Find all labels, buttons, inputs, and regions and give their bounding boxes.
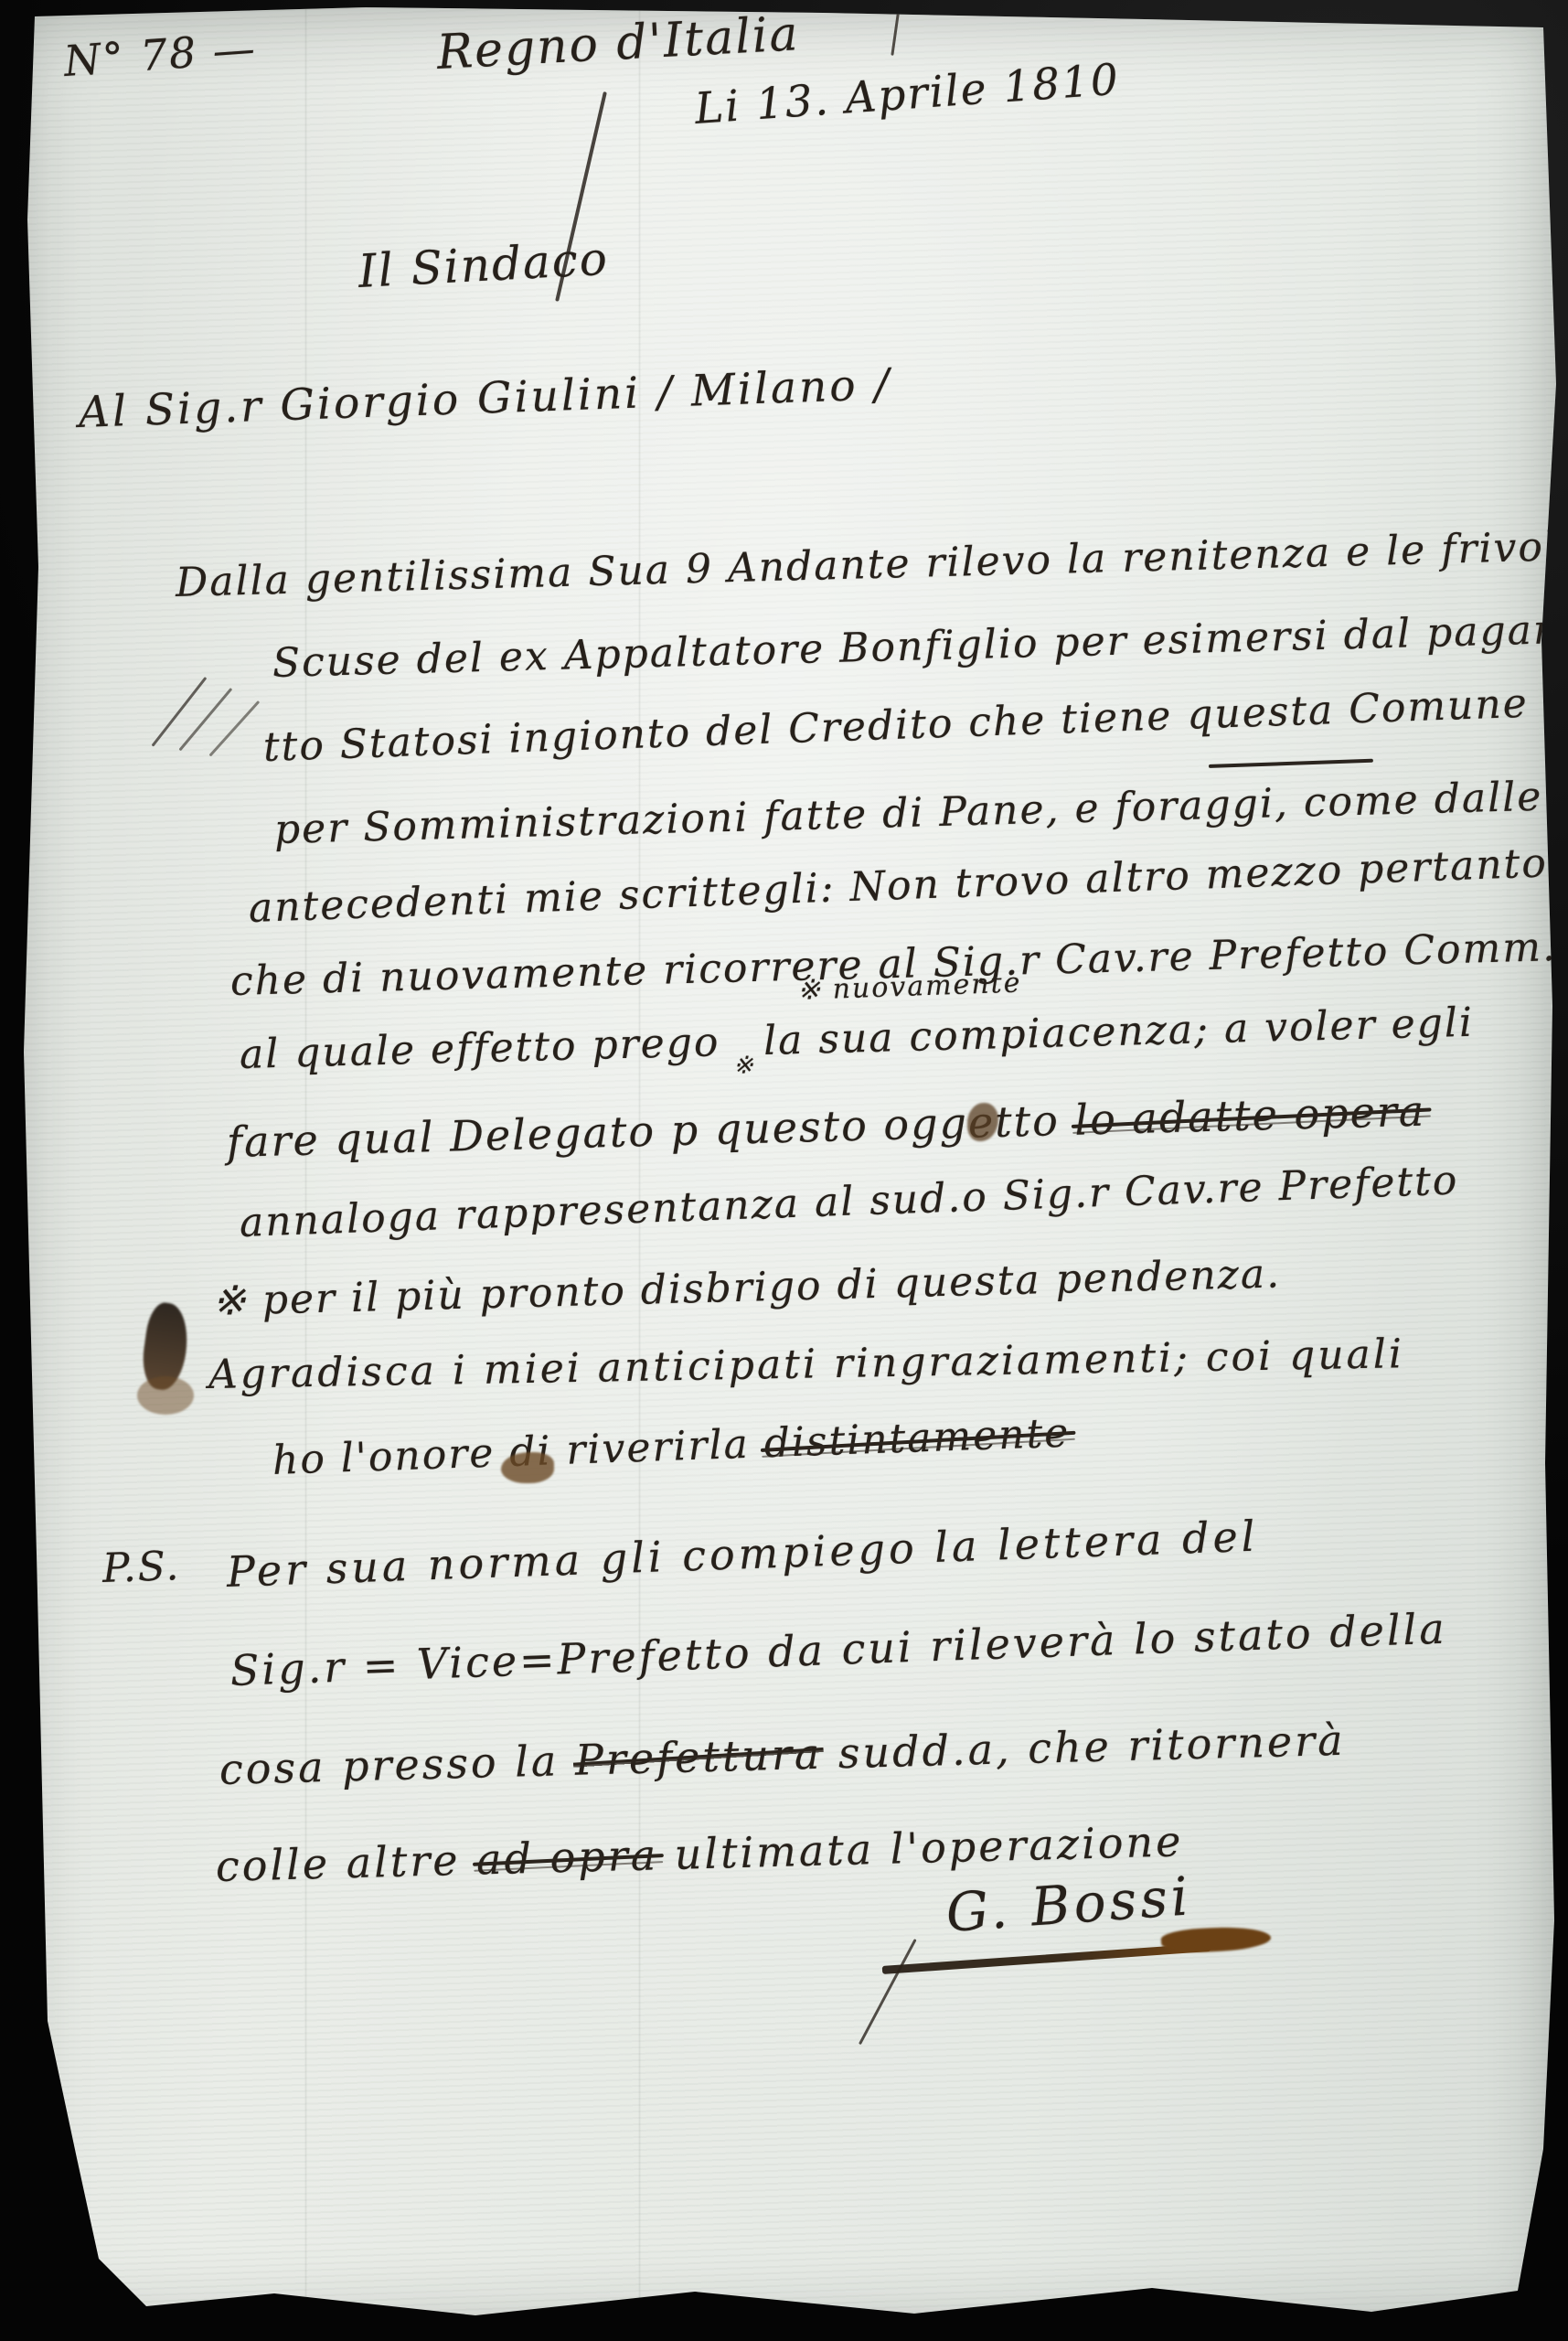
- postscript-line: cosa presso la Prefettura sudd.a, che ri…: [219, 1716, 1346, 1794]
- postscript-line: Sig.r = Vice=Prefetto da cui rileverà lo…: [229, 1604, 1447, 1695]
- scribbled-text: Prefettura: [574, 1729, 823, 1785]
- body-line: annaloga rappresentanza al sud.o Sig.r C…: [239, 1157, 1459, 1246]
- postscript-line-text: colle altre: [215, 1835, 477, 1891]
- postscript-line: Per sua norma gli compiego la lettera de…: [226, 1512, 1259, 1597]
- kingdom-heading: Regno d'Italia: [435, 6, 800, 80]
- body-line-text: al quale effetto prego: [239, 1019, 720, 1078]
- postscript-line-text: sudd.a, che ritornerà: [822, 1716, 1347, 1779]
- closing-line: ho l'onore di riverirla distintamente: [272, 1410, 1071, 1484]
- body-line: Dalla gentilissima Sua 9 Andante rilevo …: [175, 523, 1568, 606]
- flourish-line: [1209, 759, 1373, 768]
- body-line: al quale effetto prego※la sua compiacenz…: [239, 999, 1474, 1078]
- insertion-note: ※ nuovamente: [796, 967, 1022, 1007]
- pen-stroke-flourish: [891, 5, 901, 56]
- body-line: per Somministrazioni fatte di Pane, e fo…: [273, 774, 1543, 853]
- ink-blot: [1160, 1925, 1271, 1954]
- body-line: antecedenti mie scrittegli: Non trovo al…: [248, 839, 1563, 932]
- sender-title: Il Sindaco: [357, 232, 610, 298]
- signature-descender-stroke: [859, 1939, 917, 2045]
- body-line: ※ per il più pronto disbrigo di questa p…: [211, 1250, 1281, 1325]
- ink-blot: [501, 1452, 554, 1483]
- paper-crease: [638, 0, 641, 2341]
- paper-crease: [304, 0, 307, 2341]
- closing-line: Agradisca i miei anticipati ringraziamen…: [208, 1331, 1405, 1398]
- body-line: fare qual Delegato p questo oggetto lo a…: [226, 1086, 1426, 1167]
- strikethrough-text: distintamente: [763, 1410, 1071, 1468]
- insertion-caret-mark: ※: [733, 1052, 756, 1080]
- body-line: Scuse del ex Appaltatore Bonfiglio per e…: [272, 604, 1568, 687]
- date-line: Li 13. Aprile 1810: [693, 55, 1121, 134]
- signature: G. Bossi: [944, 1865, 1194, 1944]
- strikethrough-text: lo adatte opera: [1074, 1086, 1426, 1145]
- body-line: tto Statosi ingionto del Credito che tie…: [262, 680, 1529, 771]
- strikethrough-text: ad opra: [475, 1830, 658, 1884]
- postscript-label: P.S.: [101, 1543, 181, 1592]
- body-line-text: la sua compiacenza; a voler egli: [763, 999, 1474, 1064]
- recipient-line: Al Sig.r Giorgio Giulini / Milano /: [78, 359, 892, 438]
- signature-flourish: [882, 1943, 1211, 1974]
- postscript-line-text: cosa presso la: [219, 1736, 575, 1794]
- doc-number: N° 78 —: [62, 23, 258, 86]
- letter-page: N° 78 — Regno d'Italia Li 13. Aprile 181…: [0, 0, 1568, 2341]
- body-line-text: fare qual Delegato p questo oggetto: [226, 1096, 1075, 1167]
- photo-background: N° 78 — Regno d'Italia Li 13. Aprile 181…: [0, 0, 1568, 2341]
- ink-blot: [137, 1376, 194, 1415]
